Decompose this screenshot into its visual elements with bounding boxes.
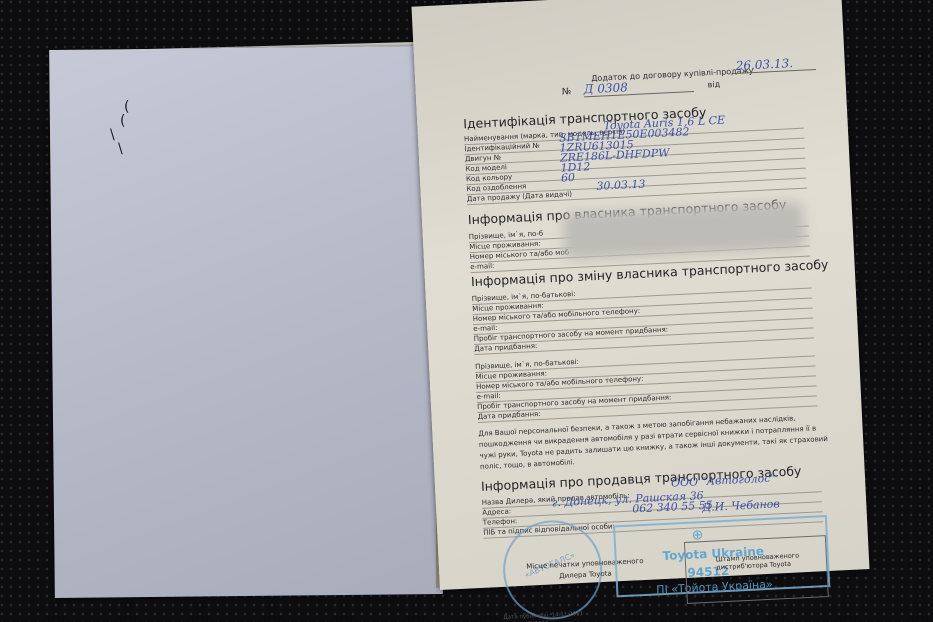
page-content: Додаток до договору купівлі-продажу № Д … xyxy=(457,0,827,4)
contract-date: 26.03.13. xyxy=(735,55,816,74)
contract-header: Додаток до договору купівлі-продажу № Д … xyxy=(591,66,754,83)
left-page-blank xyxy=(49,46,443,598)
distributor-stamp-area: Штамп уповноваженого дистриб'ютора Toyot… xyxy=(684,535,829,604)
date-label: від xyxy=(707,80,720,90)
number-label: № xyxy=(562,87,572,97)
pen-marks: ( ( \ \ xyxy=(110,100,129,156)
publication-date: Дата публікації: 14.11.2011 xyxy=(503,611,583,621)
right-page: Додаток до договору купівлі-продажу № Д … xyxy=(411,0,869,590)
